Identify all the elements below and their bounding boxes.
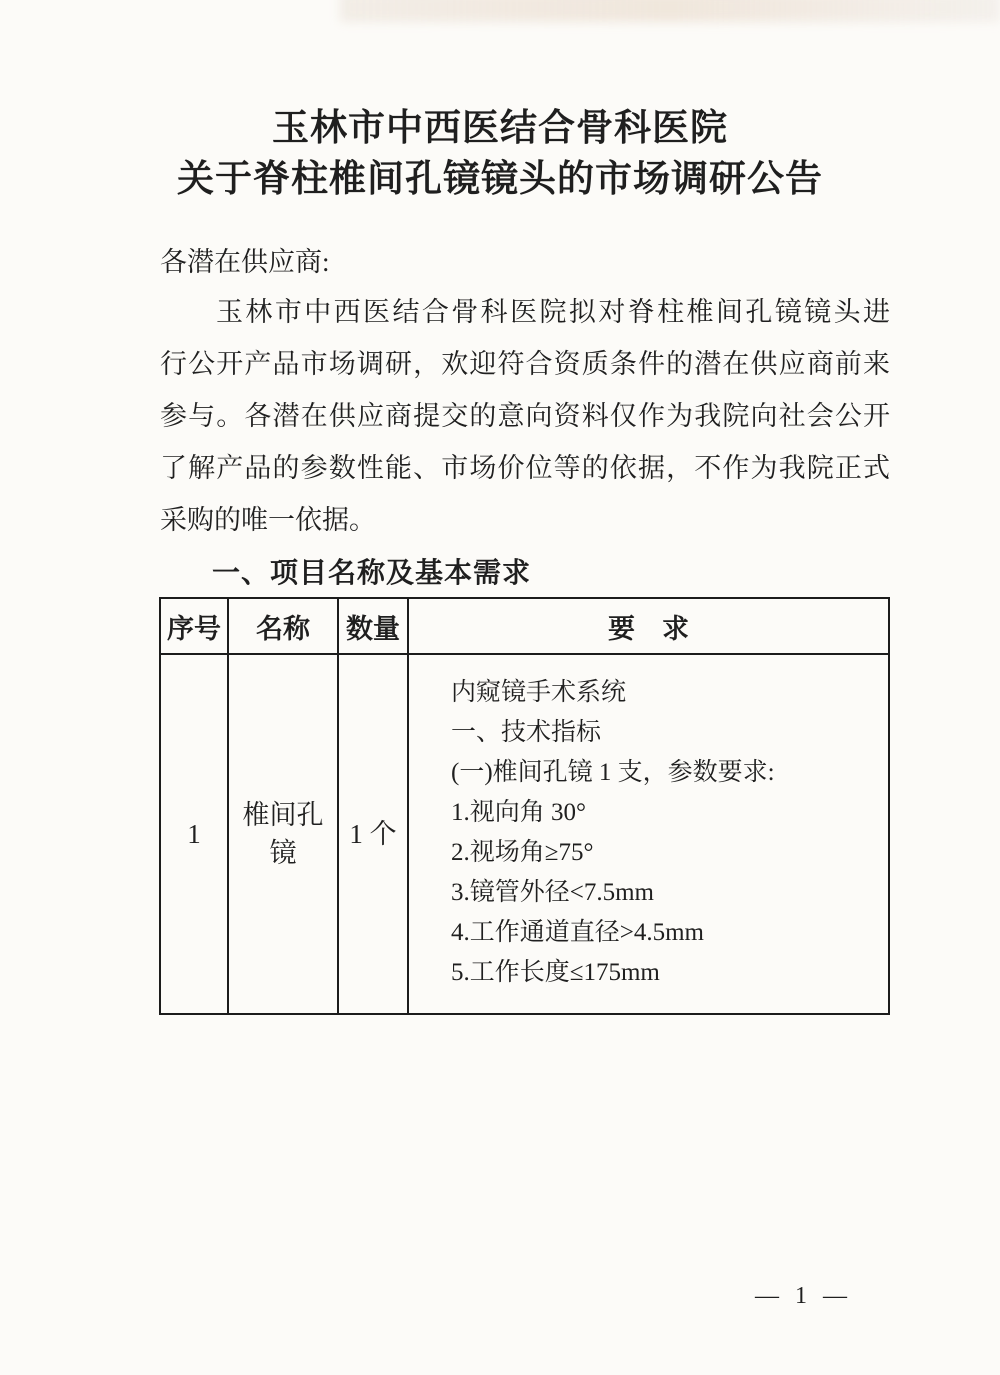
- document-page: 玉林市中西医结合骨科医院 关于脊柱椎间孔镜镜头的市场调研公告 各潜在供应商: 玉…: [0, 0, 1000, 1375]
- table-header-row: 序号 名称 数量 要 求: [160, 598, 889, 654]
- requirement-line: 1.视向角 30°: [451, 793, 878, 833]
- requirement-line: (一)椎间孔镜 1 支，参数要求:: [451, 753, 878, 793]
- header-name: 名称: [228, 598, 338, 654]
- salutation: 各潜在供应商:: [160, 240, 330, 279]
- paragraph-line: 行公开产品市场调研，欢迎符合资质条件的潜在供应商前来: [160, 338, 890, 390]
- header-qty: 数量: [338, 598, 408, 654]
- cell-requirements: 内窥镜手术系统 一、技术指标 (一)椎间孔镜 1 支，参数要求: 1.视向角 3…: [408, 654, 889, 1014]
- cell-seq: 1: [160, 654, 228, 1014]
- requirement-line: 一、技术指标: [451, 713, 878, 753]
- header-seq: 序号: [160, 598, 228, 654]
- requirements-table: 序号 名称 数量 要 求 1 椎间孔镜 1 个 内窥镜手术系统 一、技术指标 (…: [159, 597, 890, 1015]
- cell-qty: 1 个: [338, 654, 408, 1014]
- table-row: 1 椎间孔镜 1 个 内窥镜手术系统 一、技术指标 (一)椎间孔镜 1 支，参数…: [160, 654, 889, 1014]
- requirement-line: 3.镜管外径<7.5mm: [451, 873, 878, 913]
- scan-artifact: [340, 0, 1000, 22]
- paragraph-line: 了解产品的参数性能、市场价位等的依据，不作为我院正式: [160, 442, 890, 494]
- section-heading: 一、项目名称及基本需求: [212, 551, 531, 591]
- document-title-line-2: 关于脊柱椎间孔镜镜头的市场调研公告: [0, 154, 1000, 205]
- requirement-line: 2.视场角≥75°: [451, 833, 878, 873]
- title-block: 玉林市中西医结合骨科医院 关于脊柱椎间孔镜镜头的市场调研公告: [0, 103, 1000, 205]
- paragraph-line: 参与。各潜在供应商提交的意向资料仅作为我院向社会公开: [160, 390, 890, 442]
- paragraph-line: 采购的唯一依据。: [160, 494, 890, 546]
- body-paragraph: 玉林市中西医结合骨科医院拟对脊柱椎间孔镜镜头进 行公开产品市场调研，欢迎符合资质…: [160, 286, 890, 546]
- document-title-line-1: 玉林市中西医结合骨科医院: [0, 103, 1000, 154]
- requirement-line: 内窥镜手术系统: [451, 673, 878, 713]
- cell-name: 椎间孔镜: [228, 654, 338, 1014]
- requirement-line: 4.工作通道直径>4.5mm: [451, 913, 878, 953]
- requirement-line: 5.工作长度≤175mm: [451, 953, 878, 993]
- header-requirements: 要 求: [408, 598, 889, 654]
- paragraph-line: 玉林市中西医结合骨科医院拟对脊柱椎间孔镜镜头进: [160, 286, 890, 338]
- page-number: — 1 —: [755, 1283, 852, 1310]
